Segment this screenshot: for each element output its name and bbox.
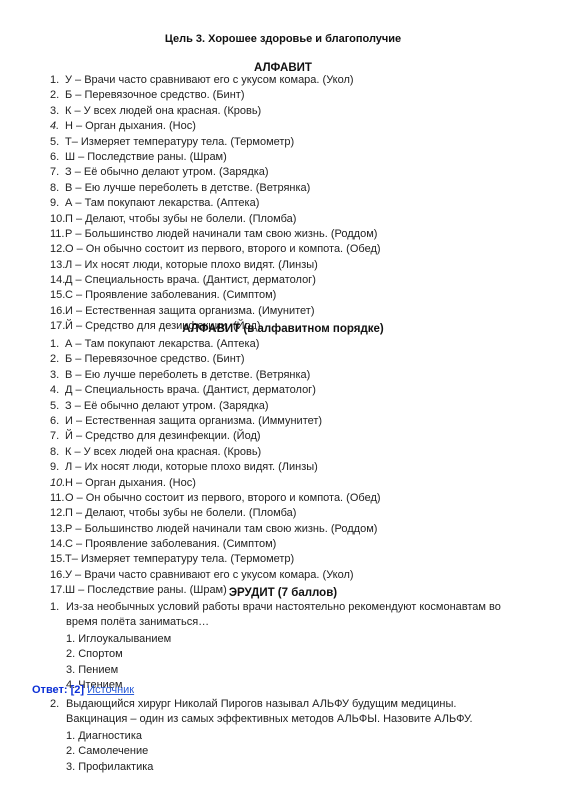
item-number: 3. [50, 104, 65, 119]
item-text: З – Её обычно делают утром. (Зарядка) [65, 166, 269, 178]
item-number: 5. [50, 399, 65, 414]
item-text: В – Ею лучше переболеть в детстве. (Ветр… [65, 369, 310, 381]
list-item: 6.Ш – Последствие раны. (Шрам) [50, 150, 381, 165]
item-number: 7. [50, 165, 65, 180]
list-item: 6.И – Естественная защита организма. (Им… [50, 414, 381, 429]
list-item: 9.А – Там покупают лекарства. (Аптека) [50, 196, 381, 211]
option-item: 3. Профилактика [66, 760, 520, 775]
list-item: 11.О – Он обычно состоит из первого, вто… [50, 491, 381, 506]
item-text: Т– Измеряет температуру тела. (Термометр… [65, 553, 294, 565]
item-number: 13. [50, 258, 65, 273]
list-item: 11.Р – Большинство людей начинали там св… [50, 227, 381, 242]
list-item: 14.Д – Специальность врача. (Дантист, де… [50, 273, 381, 288]
item-number: 3. [50, 368, 65, 383]
item-text: А – Там покупают лекарства. (Аптека) [65, 338, 259, 350]
item-text: Б – Перевязочное средство. (Бинт) [65, 89, 244, 101]
item-text: П – Делают, чтобы зубы не болели. (Пломб… [65, 213, 296, 225]
item-number: 7. [50, 429, 65, 444]
list-item: 4.Н – Орган дыхания. (Нос) [50, 119, 381, 134]
item-number: 15. [50, 552, 65, 567]
item-number: 12. [50, 506, 65, 521]
item-number: 1. [50, 337, 65, 352]
option-item: 1. Диагностика [66, 729, 520, 744]
list-item: 16.У – Врачи часто сравнивают его с укус… [50, 568, 381, 583]
item-number: 8. [50, 181, 65, 196]
list-item: 15.С – Проявление заболевания. (Симптом) [50, 288, 381, 303]
list-item: 16.И – Естественная защита организма. (И… [50, 304, 381, 319]
erudite-heading: ЭРУДИТ (7 баллов) [0, 587, 566, 599]
list-item: 2.Б – Перевязочное средство. (Бинт) [50, 352, 381, 367]
option-item: 1. Иглоукалыванием [66, 632, 520, 647]
item-text: У – Врачи часто сравнивают его с укусом … [65, 74, 354, 86]
item-number: 5. [50, 135, 65, 150]
item-number: 10. [50, 212, 65, 227]
item-text: А – Там покупают лекарства. (Аптека) [65, 197, 259, 209]
item-text: Й – Средство для дезинфекции. (Йод) [65, 430, 261, 442]
alphabet-sorted-list: 1.А – Там покупают лекарства. (Аптека)2.… [50, 337, 381, 599]
item-text: Б – Перевязочное средство. (Бинт) [65, 353, 244, 365]
list-item: 7.З – Её обычно делают утром. (Зарядка) [50, 165, 381, 180]
list-item: 2.Б – Перевязочное средство. (Бинт) [50, 88, 381, 103]
item-number: 2. [50, 352, 65, 367]
option-item: 2. Самолечение [66, 744, 520, 759]
list-item: 15.Т– Измеряет температуру тела. (Термом… [50, 552, 381, 567]
item-text: Н – Орган дыхания. (Нос) [65, 120, 196, 132]
item-number: 12. [50, 242, 65, 257]
item-number: 16. [50, 568, 65, 583]
item-number: 15. [50, 288, 65, 303]
answer-line: Ответ: [2] Источник [32, 683, 134, 698]
item-text: Т– Измеряет температуру тела. (Термометр… [65, 136, 294, 148]
list-item: 12.О – Он обычно состоит из первого, вто… [50, 242, 381, 257]
list-item: 3.К – У всех людей она красная. (Кровь) [50, 104, 381, 119]
list-item: 1.А – Там покупают лекарства. (Аптека) [50, 337, 381, 352]
question-number: 2. [50, 697, 66, 728]
question-options: 1. Диагностика 2. Самолечение 3. Профила… [66, 729, 520, 775]
list-item: 5.Т– Измеряет температуру тела. (Термоме… [50, 135, 381, 150]
question-1: 1. Из-за необычных условий работы врачи … [50, 600, 520, 693]
item-text: Н – Орган дыхания. (Нос) [65, 477, 196, 489]
item-text: Л – Их носят люди, которые плохо видят. … [65, 461, 318, 473]
alphabet-sorted-heading: АЛФАВИТ (в алфавитном порядке) [0, 323, 566, 335]
list-item: 9.Л – Их носят люди, которые плохо видят… [50, 460, 381, 475]
item-text: О – Он обычно состоит из первого, второг… [65, 243, 381, 255]
question-text: Выдающийся хирург Николай Пирогов называ… [66, 697, 520, 728]
item-text: О – Он обычно состоит из первого, второг… [65, 492, 381, 504]
option-item: 3. Пением [66, 663, 520, 678]
list-item: 13.Л – Их носят люди, которые плохо видя… [50, 258, 381, 273]
item-number: 9. [50, 460, 65, 475]
list-item: 1.У – Врачи часто сравнивают его с укусо… [50, 73, 381, 88]
item-text: К – У всех людей она красная. (Кровь) [65, 446, 261, 458]
item-number: 2. [50, 88, 65, 103]
item-text: Л – Их носят люди, которые плохо видят. … [65, 259, 318, 271]
item-number: 14. [50, 273, 65, 288]
item-text: К – У всех людей она красная. (Кровь) [65, 105, 261, 117]
item-number: 16. [50, 304, 65, 319]
option-item: 2. Спортом [66, 647, 520, 662]
item-number: 11. [50, 491, 65, 506]
item-text: П – Делают, чтобы зубы не болели. (Пломб… [65, 507, 296, 519]
list-item: 5.З – Её обычно делают утром. (Зарядка) [50, 399, 381, 414]
document-title: Цель 3. Хорошее здоровье и благополучие [0, 33, 566, 45]
list-item: 10.Н – Орган дыхания. (Нос) [50, 476, 381, 491]
list-item: 4.Д – Специальность врача. (Дантист, дер… [50, 383, 381, 398]
alphabet-list: 1.У – Врачи часто сравнивают его с укусо… [50, 73, 381, 335]
item-number: 1. [50, 73, 65, 88]
list-item: 12.П – Делают, чтобы зубы не болели. (Пл… [50, 506, 381, 521]
source-link[interactable]: Источник [87, 684, 134, 696]
list-item: 10.П – Делают, чтобы зубы не болели. (Пл… [50, 212, 381, 227]
item-text: С – Проявление заболевания. (Симптом) [65, 289, 276, 301]
item-text: Р – Большинство людей начинали там свою … [65, 228, 377, 240]
item-number: 8. [50, 445, 65, 460]
item-number: 4. [50, 383, 65, 398]
item-number: 6. [50, 150, 65, 165]
item-number: 13. [50, 522, 65, 537]
item-text: Д – Специальность врача. (Дантист, дерма… [65, 384, 316, 396]
list-item: 7.Й – Средство для дезинфекции. (Йод) [50, 429, 381, 444]
item-number: 11. [50, 227, 65, 242]
item-number: 10. [50, 476, 65, 491]
list-item: 14.С – Проявление заболевания. (Симптом) [50, 537, 381, 552]
list-item: 8.К – У всех людей она красная. (Кровь) [50, 445, 381, 460]
item-text: С – Проявление заболевания. (Симптом) [65, 538, 276, 550]
list-item: 8.В – Ею лучше переболеть в детстве. (Ве… [50, 181, 381, 196]
list-item: 13.Р – Большинство людей начинали там св… [50, 522, 381, 537]
answer-label: Ответ: [2] [32, 684, 84, 696]
item-number: 14. [50, 537, 65, 552]
question-2: 2. Выдающийся хирург Николай Пирогов наз… [50, 697, 520, 775]
item-text: И – Естественная защита организма. (Имму… [65, 415, 322, 427]
item-number: 4. [50, 119, 65, 134]
question-number: 1. [50, 600, 66, 631]
item-text: Ш – Последствие раны. (Шрам) [65, 151, 227, 163]
item-text: В – Ею лучше переболеть в детстве. (Ветр… [65, 182, 310, 194]
item-text: З – Её обычно делают утром. (Зарядка) [65, 400, 269, 412]
item-text: У – Врачи часто сравнивают его с укусом … [65, 569, 354, 581]
item-number: 6. [50, 414, 65, 429]
item-text: И – Естественная защита организма. (Имун… [65, 305, 315, 317]
list-item: 3.В – Ею лучше переболеть в детстве. (Ве… [50, 368, 381, 383]
item-text: Р – Большинство людей начинали там свою … [65, 523, 377, 535]
item-text: Д – Специальность врача. (Дантист, дерма… [65, 274, 316, 286]
question-text: Из-за необычных условий работы врачи нас… [66, 600, 520, 631]
item-number: 9. [50, 196, 65, 211]
